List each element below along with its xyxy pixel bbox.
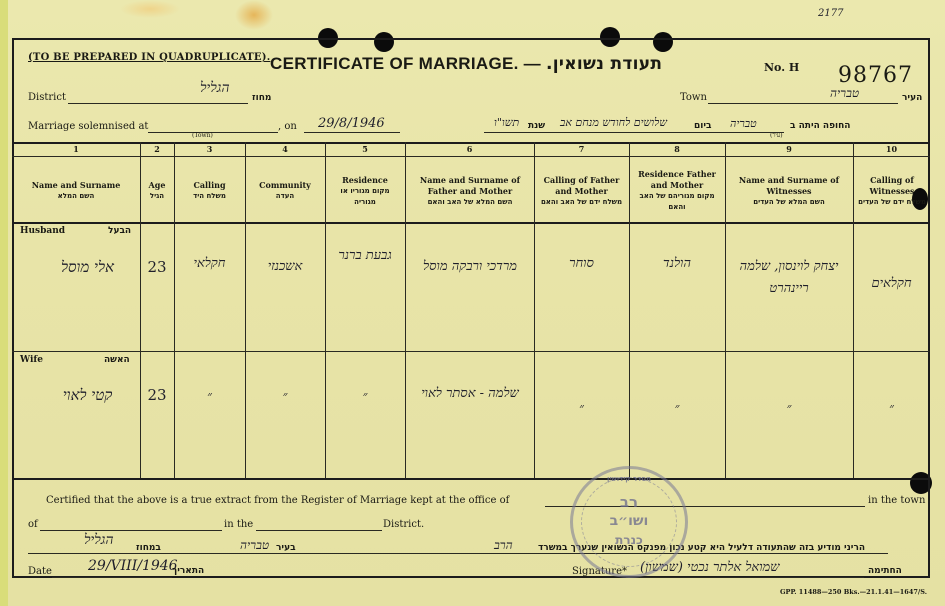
column-number: 5 <box>325 144 405 156</box>
column-header-parents-residence: Residence Father and Motherמקום מגוריהם … <box>631 162 723 220</box>
district-label-he: מחוז <box>252 93 271 103</box>
wife-age: 23 <box>140 386 174 404</box>
husband-residence: גבעת ברנר <box>328 248 402 264</box>
column-header-witnesses-calling: Calling of Witnessesמשלח ידם של העדים <box>858 162 926 220</box>
chuppah-label-he: החופה היתה ב <box>790 121 850 131</box>
cert-office-value: הרב <box>494 538 513 553</box>
rabbinate-stamp: מסדר קידושין רב ושו״ב כנרת <box>570 466 688 578</box>
husband-label-he: הבעל <box>108 226 131 236</box>
town-value: טבריה <box>830 86 859 101</box>
wife-label: Wife <box>20 355 43 365</box>
wife-parents-calling: ״ <box>534 400 629 416</box>
husband-community: אשכנזי <box>245 258 325 274</box>
town-label: Town <box>680 92 707 103</box>
column-number: 3 <box>174 144 245 156</box>
certification-date: 29/VIII/1946 <box>88 558 178 574</box>
column-number: 4 <box>245 144 325 156</box>
in-the-label: in the <box>224 519 253 530</box>
column-header-community: Communityהעדה <box>245 162 325 220</box>
husband-parents-residence: הולנד <box>629 255 725 271</box>
column-number: 1 <box>12 144 140 156</box>
year-label-he: שנת <box>528 121 545 131</box>
column-header-calling: Callingמשלח היד <box>174 162 245 220</box>
archive-number: 2177 <box>818 8 843 19</box>
town-sub-label: (Town) <box>192 132 213 139</box>
date-label-he: התאריך <box>172 566 204 576</box>
cert-district-label-he: במחוז <box>136 543 161 553</box>
day-label-he: ביום <box>694 121 712 131</box>
solemnised-label: Marriage solemnised at <box>28 121 148 132</box>
column-number: 8 <box>629 144 725 156</box>
print-code: GPP. 11488—250 Bks.—21.1.41—1647/S. <box>780 588 927 596</box>
town-sub-label-he: (עיר) <box>770 132 783 139</box>
town-label-he: העיר <box>902 93 922 103</box>
certification-town-label: in the town <box>868 495 925 506</box>
wife-parents-residence: ״ <box>629 400 725 416</box>
district-dot-label: District. <box>383 519 424 530</box>
paper-stain <box>120 0 180 18</box>
serial-number: 98767 <box>838 63 913 88</box>
husband-parents-calling: סוחר <box>534 255 629 271</box>
wife-parents: שלמה - אסתר לאוי <box>410 384 530 404</box>
column-header-residence: Residenceמקום מגוריו או מגוריה <box>330 162 400 220</box>
column-number: 9 <box>725 144 853 156</box>
district-label: District <box>28 92 66 103</box>
column-number: 2 <box>140 144 174 156</box>
prep-note: (TO BE PREPARED IN QUADRUPLICATE). <box>28 52 270 63</box>
wife-calling: ״ <box>174 388 245 404</box>
husband-label: Husband <box>20 226 65 236</box>
scan-edge <box>0 0 8 606</box>
cert-town-value: טבריה <box>240 538 269 553</box>
cert-district-value: הגליל <box>84 532 114 549</box>
column-number: 10 <box>853 144 930 156</box>
column-header-name: Name and Surnameהשם המלא <box>12 162 140 220</box>
chuppah-town: טבריה <box>730 117 757 130</box>
witnesses-calling: חקלאים <box>853 275 930 291</box>
district-value: הגליל <box>200 80 230 97</box>
certificate-paper: 2177 (TO BE PREPARED IN QUADRUPLICATE). … <box>0 0 945 606</box>
hebrew-year: תשו"ו <box>494 116 519 129</box>
marriage-date: 29/8/1946 <box>318 116 385 131</box>
title-english: CERTIFICATE OF MARRIAGE. — <box>270 54 541 73</box>
wife-witnesses-calling: ״ <box>853 400 930 416</box>
on-label: , on <box>278 121 297 132</box>
husband-name: אלי מוסל <box>40 258 135 277</box>
husband-age: 23 <box>140 258 174 276</box>
wife-name: קטי לאוי <box>40 386 135 405</box>
column-header-parents: Name and Surname of Father and Motherהשם… <box>410 162 530 220</box>
date-label: Date <box>28 566 52 577</box>
paper-stain <box>235 0 273 30</box>
title-hebrew: תעודת נשואין. <box>546 54 662 74</box>
certification-text: Certified that the above is a true extra… <box>46 495 509 506</box>
of-label: of <box>28 519 38 530</box>
cert-town-label-he: בעיר <box>276 543 296 553</box>
husband-calling: חקלאי <box>174 255 245 271</box>
witnesses-names: יצחק לוינסון, שלמה ריינהרט <box>730 256 848 300</box>
column-number: 7 <box>534 144 629 156</box>
column-header-parents-calling: Calling of Father and Motherמשלח ידם של … <box>536 162 627 220</box>
signature-label-he: החתימה <box>868 566 902 576</box>
wife-residence: ״ <box>325 388 405 404</box>
number-label: No. H <box>764 61 799 74</box>
column-header-age: Ageהגיל <box>140 162 174 220</box>
husband-parents: מרדכי ורבקה מוסל <box>410 258 530 276</box>
certificate-title: CERTIFICATE OF MARRIAGE. — תעודת נשואין. <box>270 54 662 74</box>
hebrew-date: שלושים לחודש מנחם אב <box>560 116 667 129</box>
wife-witnesses: ״ <box>725 400 853 416</box>
wife-community: ״ <box>245 388 325 404</box>
column-number: 6 <box>405 144 534 156</box>
wife-label-he: האשה <box>104 355 130 365</box>
column-header-witnesses: Name and Surname of Witnessesהשם המלא של… <box>735 162 843 220</box>
